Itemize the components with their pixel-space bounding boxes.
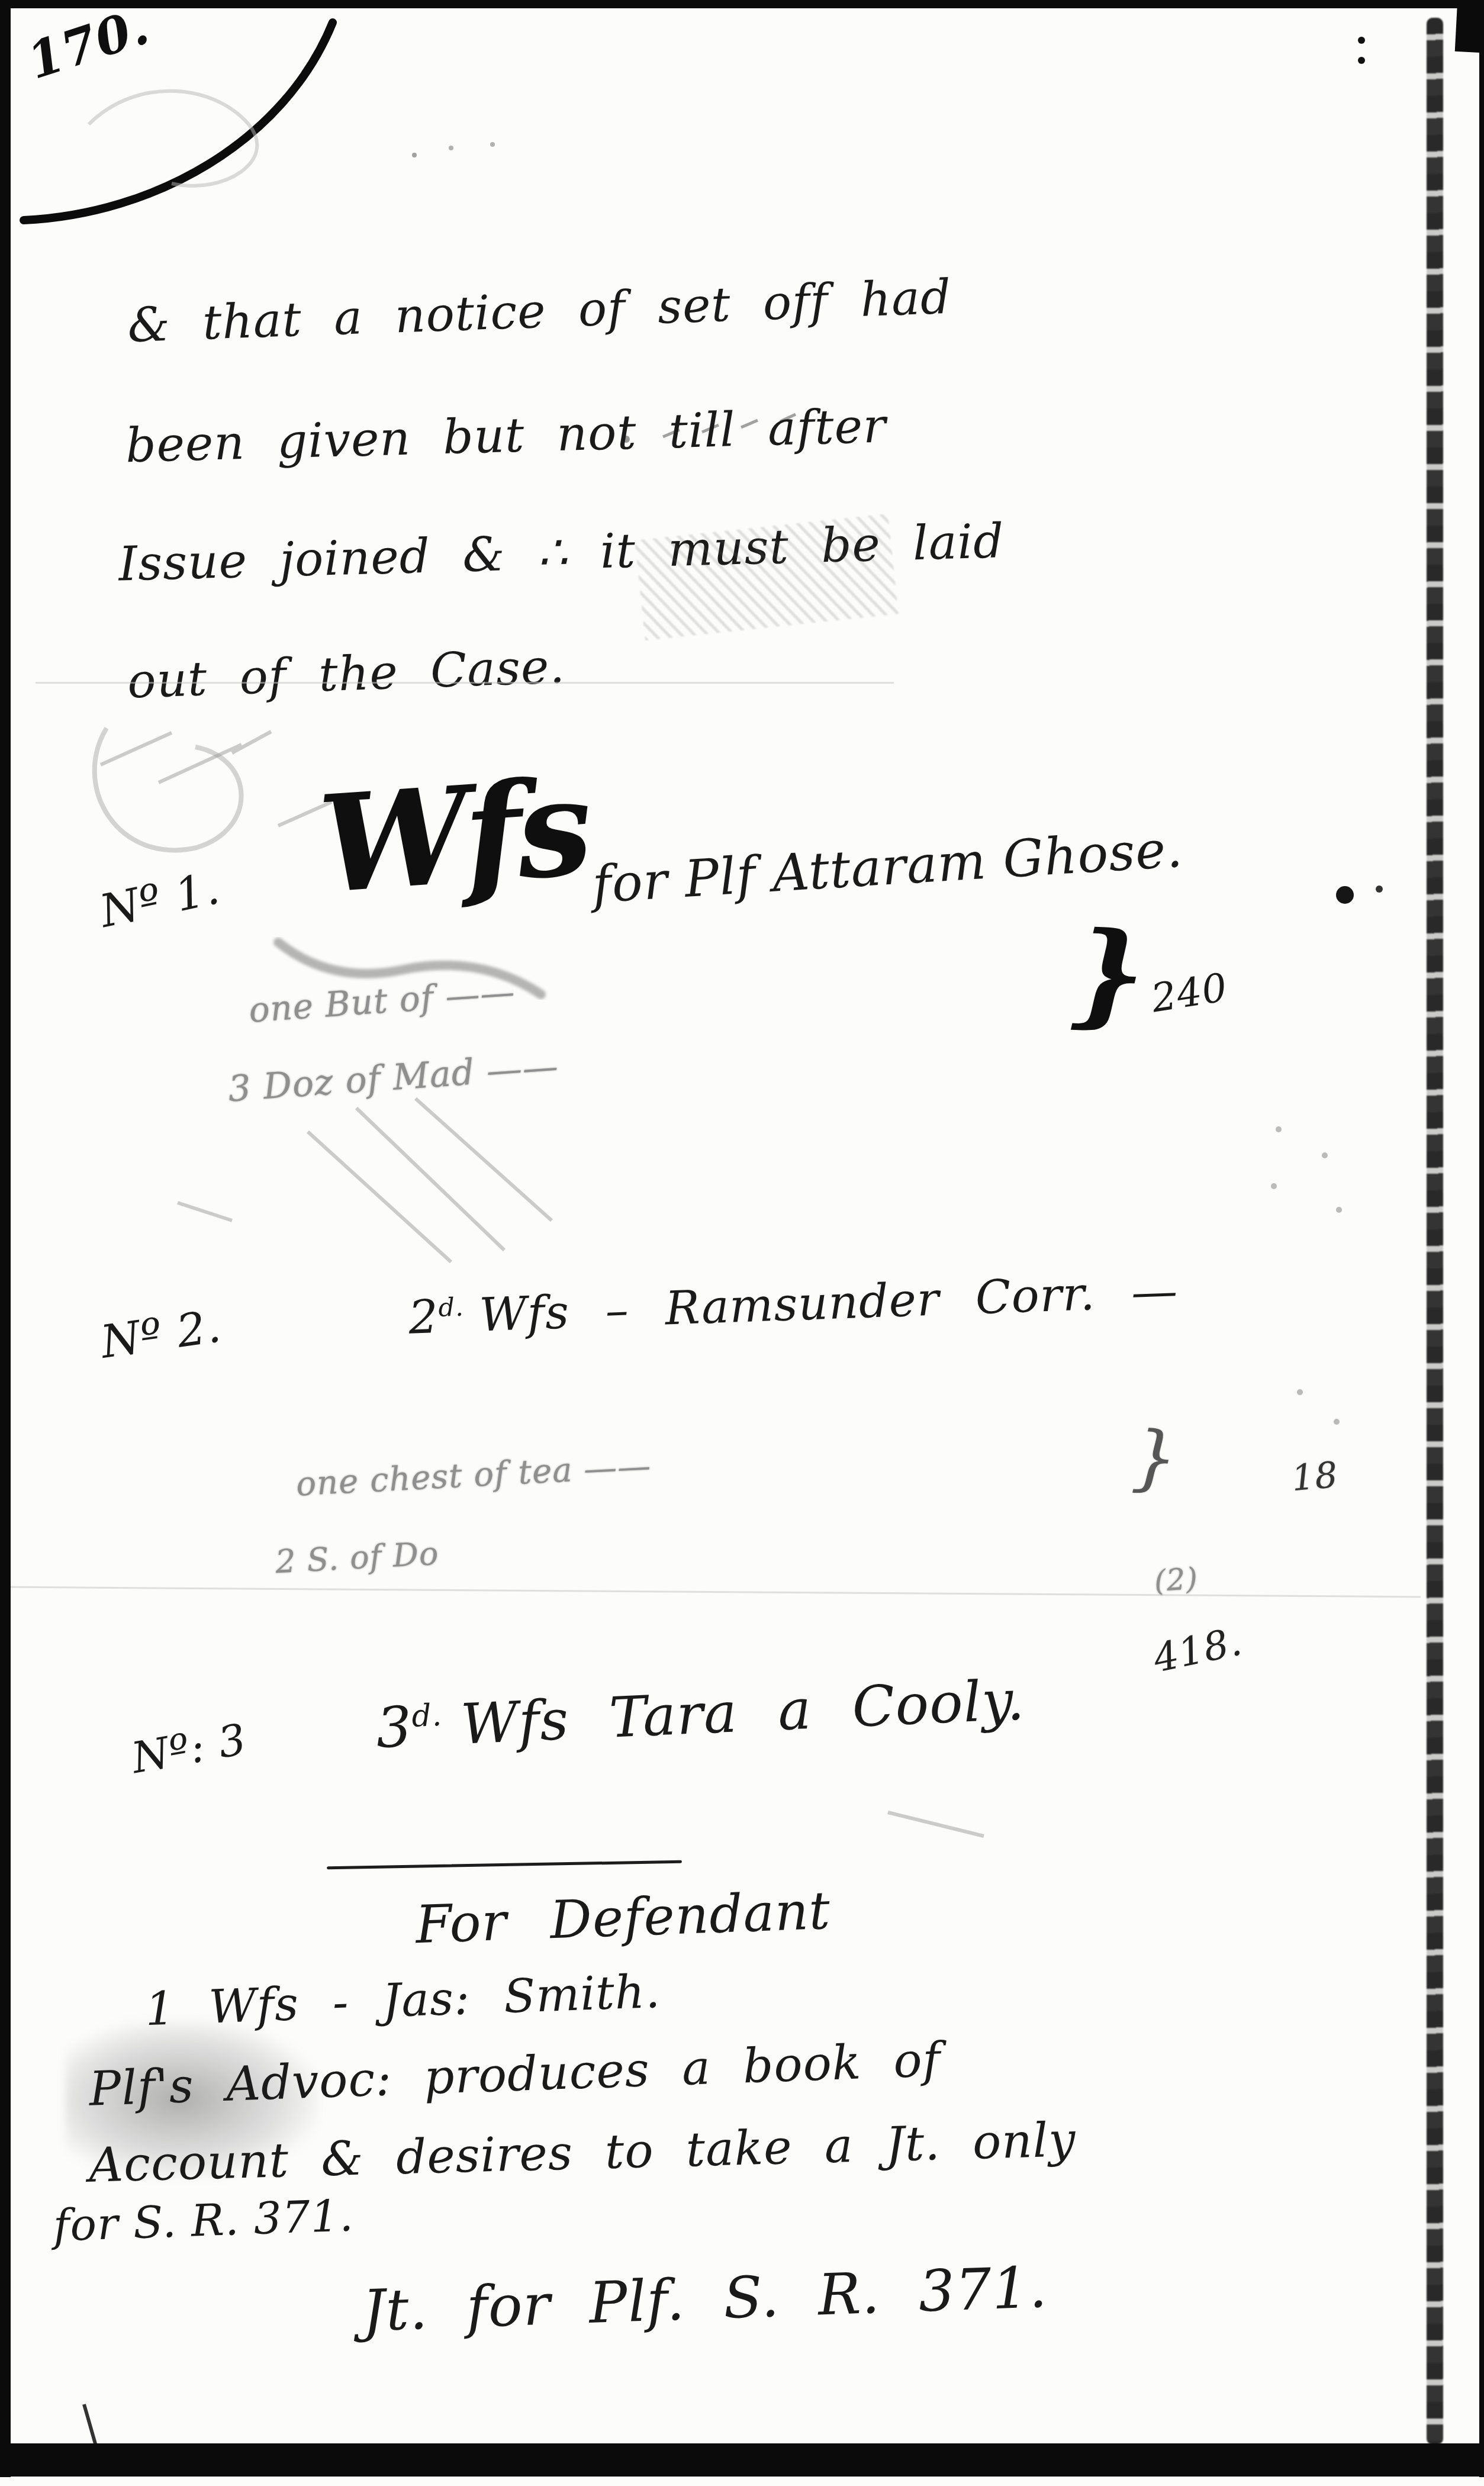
section2-item-amount: 18 [1290, 1455, 1340, 1499]
scan-border-right [1479, 0, 1484, 2477]
scan-line [36, 682, 894, 684]
scan-border-top [0, 0, 1484, 8]
section2-item-note: (2) [1153, 1562, 1199, 1598]
scan-border-bottom [0, 2443, 1484, 2477]
section1-witness-mark: Wfs [315, 755, 592, 919]
scan-border-left [0, 0, 11, 2477]
binding-gutter-shadow [1427, 18, 1443, 2445]
manuscript-page: 170. & that a notice of set off had been… [0, 0, 1484, 2486]
section2-ordinal: 2 [408, 1290, 440, 1345]
section3-ordinal-suffix: d. [411, 1698, 443, 1734]
section1-brace: } [1070, 910, 1147, 1036]
section2-brace: } [1130, 1418, 1180, 1499]
section3-ordinal: 3 [375, 1695, 414, 1761]
section2-item-2: 2 S. of Do [275, 1536, 440, 1580]
section2-ordinal-suffix: d. [438, 1292, 465, 1322]
advocate-note-line-3: for S. R. 371. [53, 2192, 355, 2250]
